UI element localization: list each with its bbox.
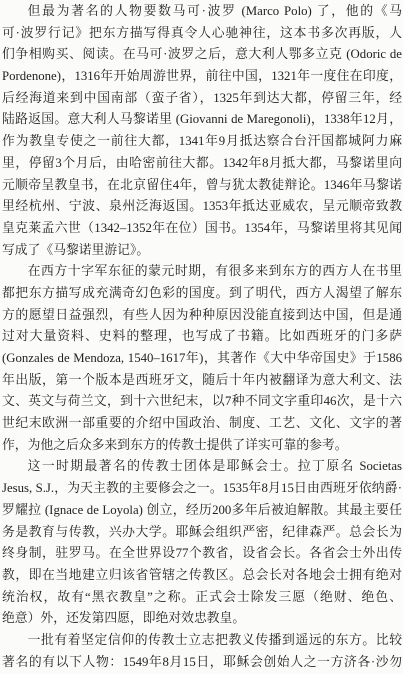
text-line: 在西方十字军东征的蒙元时期，有很多来到东方的西方人在书里 — [2, 261, 402, 283]
paragraph-3: 这一时期最著名的传教士团体是耶稣会士。拉丁原名 SocietasJesus, S… — [2, 456, 402, 630]
text-line: 罗耀拉 (Ignace de Loyola) 创立，经历200多年后被迫解散。其… — [2, 500, 402, 522]
text-line: 过对大量资料、史料的整理，也写成了书籍。比如西班牙的门多萨 — [2, 326, 402, 348]
paragraph-1: 但最为著名的人物要数马可·波罗 (Marco Polo) 了，他的《马可·波罗行… — [2, 1, 402, 261]
text-line: 元顺帝呈教皇书，在北京留住4年，曾与犹太教徒辩论。1346年马黎诺 — [2, 175, 402, 197]
text-line: 里经杭州、宁波、泉州泛海返国。1353年抵达亚威农，呈元顺帝致教 — [2, 196, 402, 218]
text-line: 教，即在当地建立归该省管辖之传教区。总会长对各地会士拥有绝对 — [2, 565, 402, 587]
text-line: 著名的有以下人物：1549年8月15日，耶稣会创始人之一方济各·沙勿 — [2, 652, 402, 674]
text-line: Jesus, S.J.，为天主教的主要修会之一。1535年8月15日由西班牙依纳… — [2, 478, 402, 500]
text-line: 这一时期最著名的传教士团体是耶稣会士。拉丁原名 Societas — [2, 456, 402, 478]
text-line: 皇克莱孟六世（1342–1352年在位）国书。1354年，马黎诺里将其见闻 — [2, 218, 402, 240]
text-line: 们争相购买、阅读。在马可·波罗之后，意大利人鄂多立克 (Odoric de — [2, 44, 402, 66]
text-line: 终身制，驻罗马。在全世界设77个教省，设省会长。各省会士外出传 — [2, 543, 402, 565]
text-line: 写成了《马黎诺里游记》。 — [2, 240, 402, 262]
text-line: 作为教皇专使之一前往大都，1341年9月抵达察合台汗国都城阿力麻 — [2, 131, 402, 153]
text-line: 陆路返国。意大利人马黎诺里 (Giovanni de Maregonoli)，1… — [2, 109, 402, 131]
text-line: 世纪末欧洲一部重要的介绍中国政治、制度、工艺、文化、文字的著 — [2, 413, 402, 435]
text-line: 一批有着坚定信仰的传教士立志把教义传播到遥远的东方。比较 — [2, 630, 402, 652]
text-line: 务是教育与传教，兴办大学。耶稣会组织严密，纪律森严。总会长为 — [2, 522, 402, 544]
text-line: 但最为著名的人物要数马可·波罗 (Marco Polo) 了，他的《马 — [2, 1, 402, 23]
text-line: 绝意）外，还发第四愿，即绝对效忠教皇。 — [2, 608, 402, 630]
text-line: 年出版，第一个版本是西班牙文，随后十年内被翻译为意大利文、法 — [2, 370, 402, 392]
text-line: 方的愿望日益强烈，有些人因为种种原因没能直接到达中国，但是通 — [2, 305, 402, 327]
text-line: 后经海道来到中国南部（蛮子省），1325年到达大都，停留三年，经 — [2, 88, 402, 110]
text-line: 里，停留3个月后，由哈密前往大都。1342年8月抵大都，马黎诺里向 — [2, 153, 402, 175]
text-line: 都把东方描写成充满奇幻色彩的国度。到了明代，西方人渴望了解东 — [2, 283, 402, 305]
text-line: 作，为他之后众多来到东方的传教士提供了详实可靠的参考。 — [2, 435, 402, 457]
text-line: Pordenone)，1316年开始周游世界，前往中国，1321年一度住在印度， — [2, 66, 402, 88]
paragraph-4: 一批有着坚定信仰的传教士立志把教义传播到遥远的东方。比较著名的有以下人物：154… — [2, 630, 402, 673]
paragraph-2: 在西方十字军东征的蒙元时期，有很多来到东方的西方人在书里都把东方描写成充满奇幻色… — [2, 261, 402, 456]
text-line: 统治权，故有“黑衣教皇”之称。正式会士除发三愿（绝财、绝色、 — [2, 587, 402, 609]
book-page: 但最为著名的人物要数马可·波罗 (Marco Polo) 了，他的《马可·波罗行… — [0, 0, 403, 674]
text-block: 但最为著名的人物要数马可·波罗 (Marco Polo) 了，他的《马可·波罗行… — [2, 1, 402, 673]
text-line: (Gonzales de Mendoza, 1540–1617年)，其著作《大中… — [2, 348, 402, 370]
text-line: 文、英文与荷兰文，到十六世纪末，以7种不同文字重印46次，是十六 — [2, 391, 402, 413]
text-line: 可·波罗行记》把东方描写得真令人心驰神往，这本书多次再版，人 — [2, 23, 402, 45]
